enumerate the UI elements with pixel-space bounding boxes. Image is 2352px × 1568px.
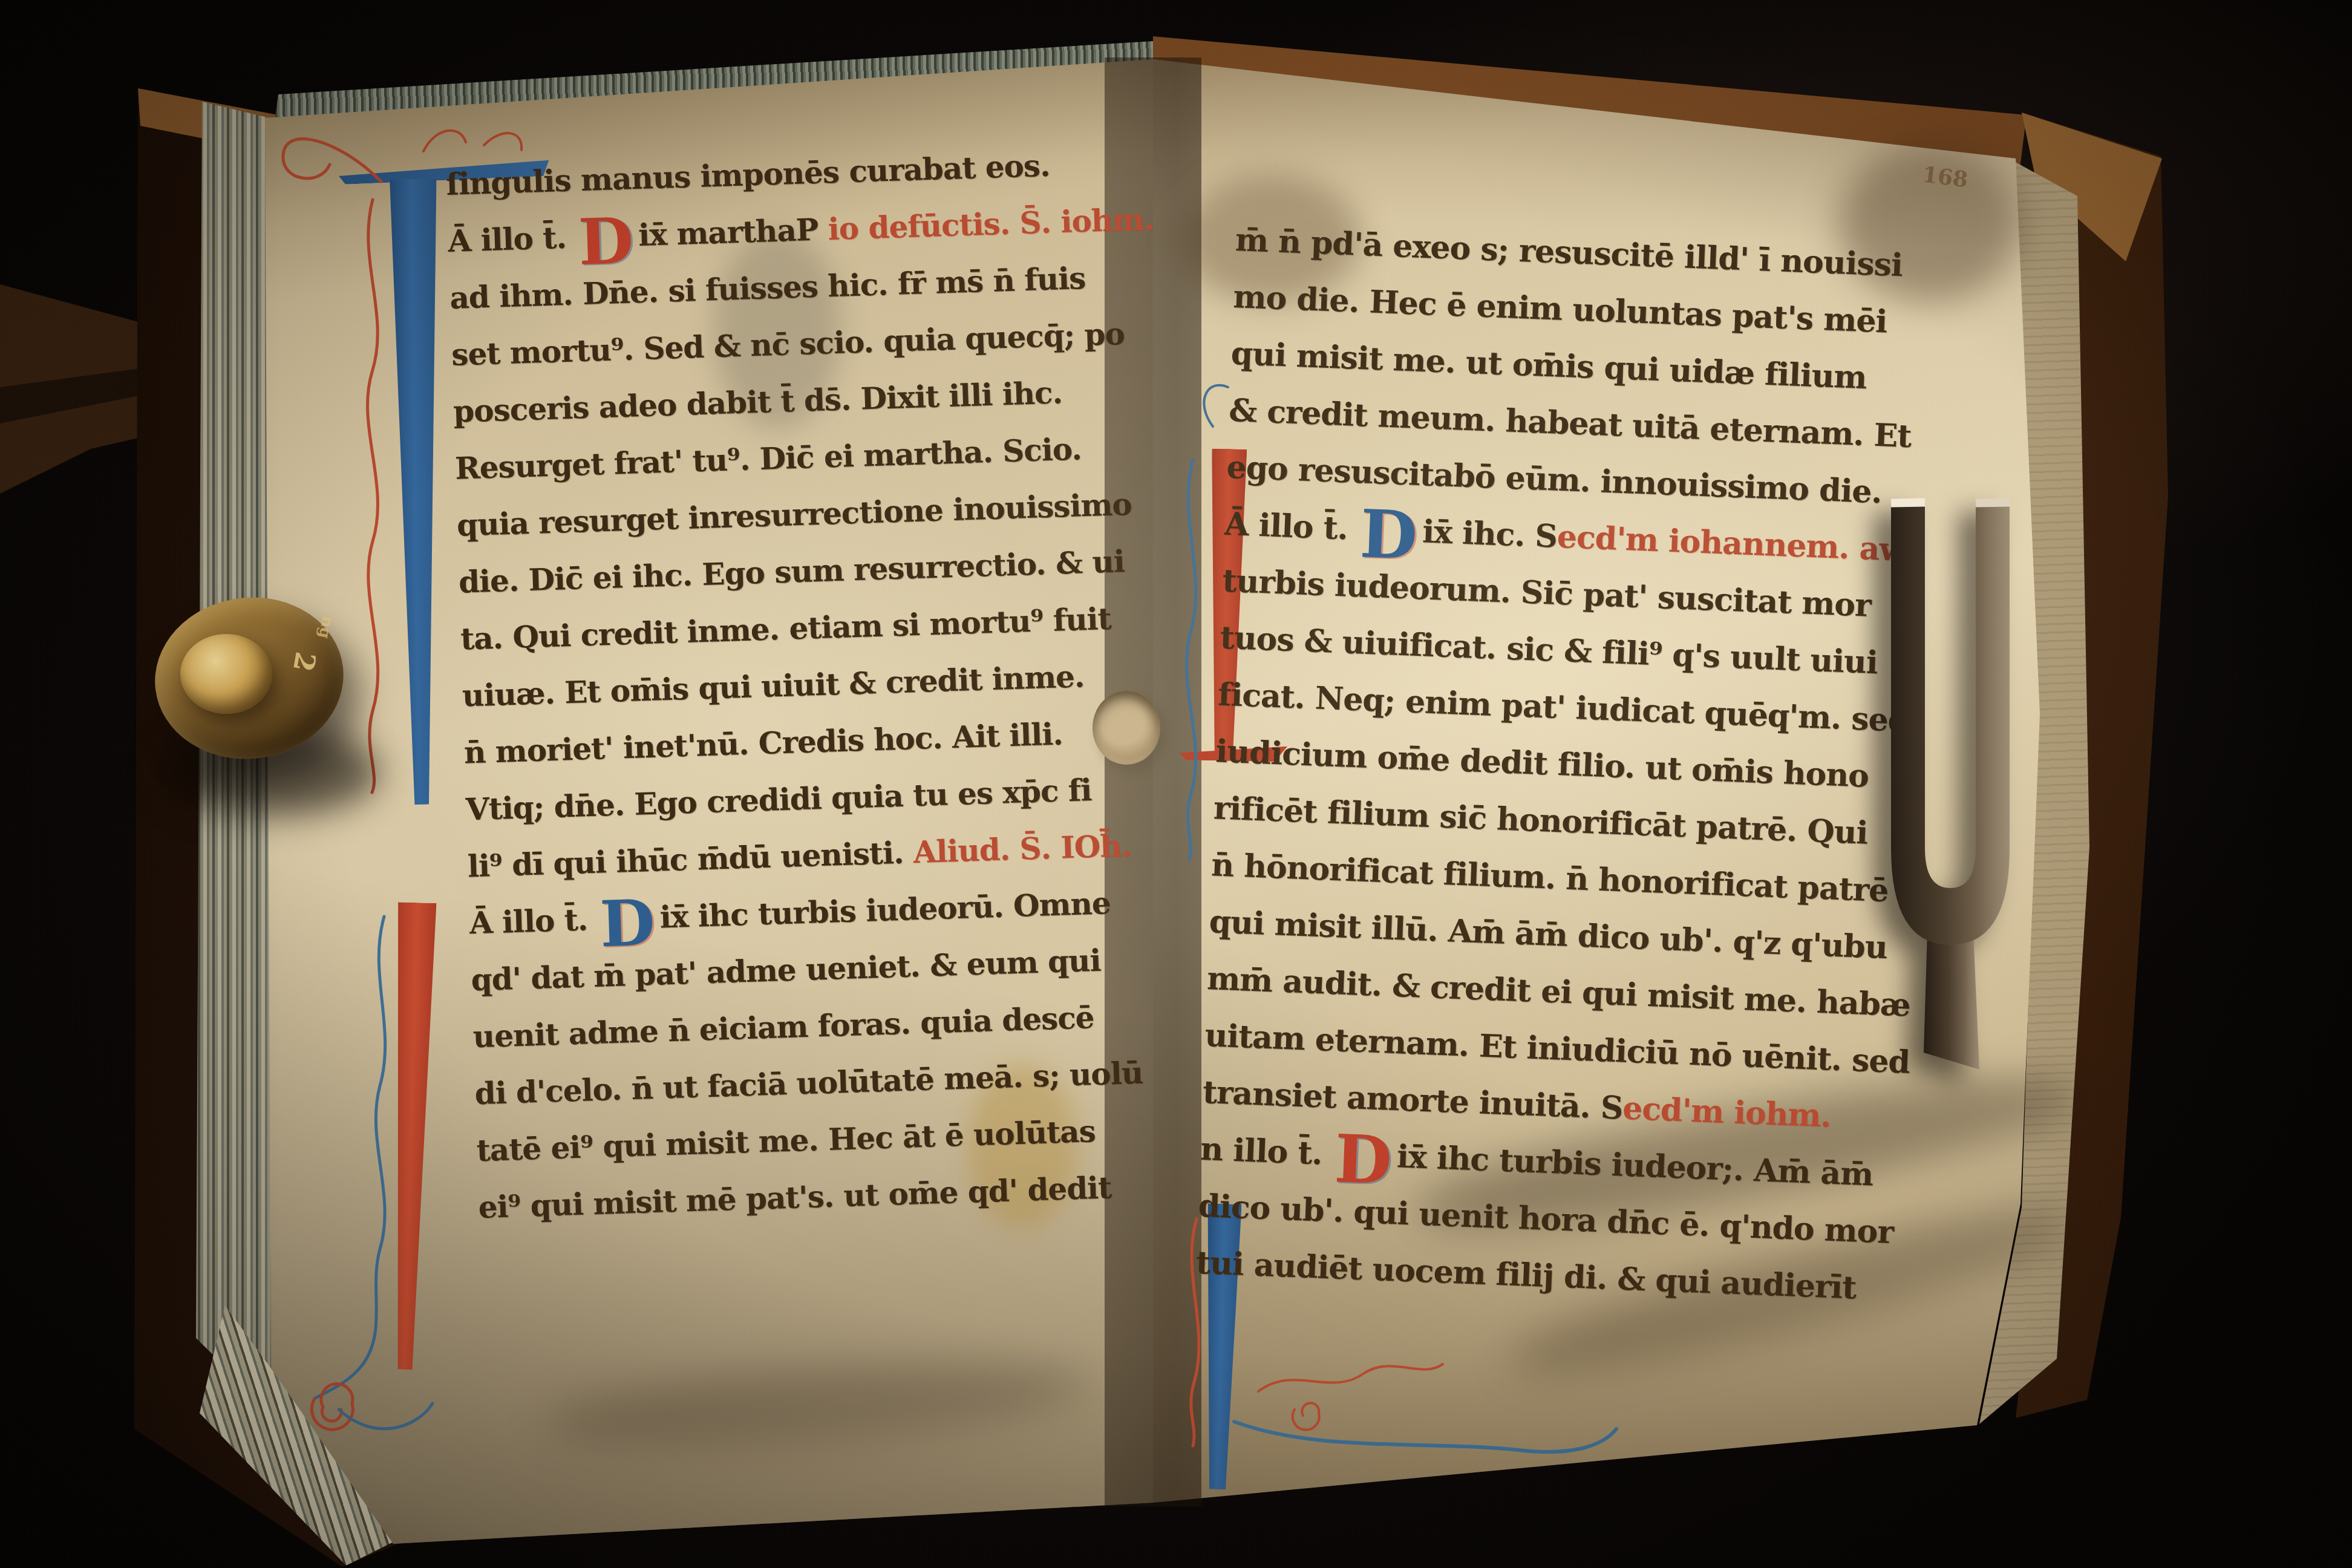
vignette — [0, 0, 2352, 1568]
manuscript-photo: { "scene_description": "Open medieval pa… — [0, 0, 2352, 1568]
